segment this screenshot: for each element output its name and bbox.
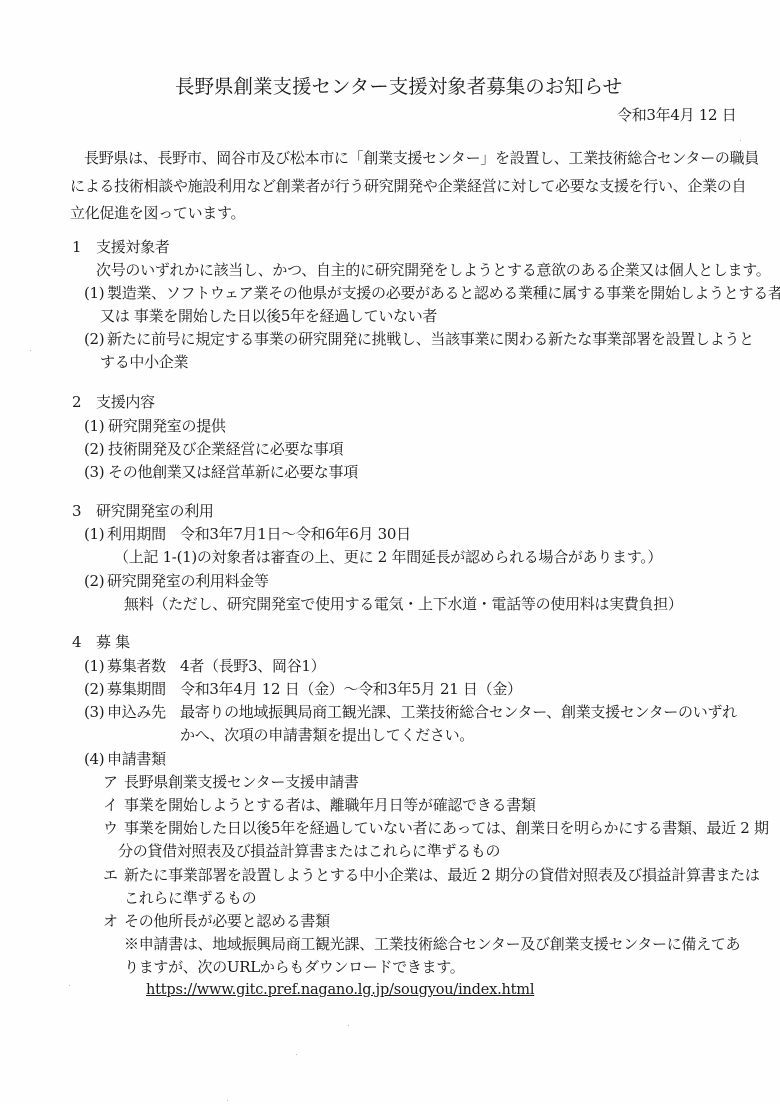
intro-line-2: による技術相談や施設利用など創業者が行う研究開発や企業経営に対して必要な支援を行… [70, 176, 746, 196]
subitem-e-line-2: これらに準ずるもの [124, 888, 256, 908]
section-1-heading: 支援対象者 [96, 237, 170, 257]
section-1-number: 1 [72, 237, 81, 257]
section-2-number: 2 [72, 392, 81, 412]
section-4-item-1-value: 4者（長野3、岡谷1） [180, 656, 325, 676]
scan-speck [227, 1100, 228, 1101]
section-4-item-3-line-1: 最寄りの地域振興局商工観光課、工業技術総合センター、創業支援センターのいずれ [180, 702, 737, 722]
notice-line-2: りますが、次のURLからもダウンロードできます。 [124, 957, 465, 977]
section-4-heading: 募 集 [96, 632, 130, 652]
section-1-item-2-line-1: 新たに前号に規定する事業の研究開発に挑戦し、当該事業に関わる新たな事業部署を設置… [107, 329, 754, 349]
scanned-document-page: 長野県創業支援センター支援対象者募集のお知らせ 令和3年4月 12 日 長野県は… [0, 0, 780, 1104]
section-4-item-3-line-2: かへ、次項の申請書類を提出してください。 [180, 725, 474, 745]
subitem-u-marker: ウ [103, 818, 118, 838]
scan-speck [30, 350, 31, 351]
subitem-i-marker: イ [103, 795, 118, 815]
intro-line-1: 長野県は、長野市、岡谷市及び松本市に「創業支援センター」を設置し、工業技術総合セ… [84, 148, 759, 168]
section-3-item-1-note: （上記 1-(1)の対象者は審査の上、更に 2 年間延長が認められる場合がありま… [114, 547, 662, 567]
section-3-heading: 研究開発室の利用 [96, 501, 214, 521]
subitem-o-marker: オ [103, 911, 118, 931]
section-4-item-3-label: 申込み先 [107, 702, 166, 722]
section-3-item-2-note: 無料（ただし、研究開発室で使用する電気・上下水道・電話等の使用料は実費負担） [124, 594, 683, 614]
document-title: 長野県創業支援センター支援対象者募集のお知らせ [175, 74, 622, 100]
section-4-item-2-label: 募集期間 [107, 679, 166, 699]
subitem-a-line-1: 長野県創業支援センター支援申請書 [124, 772, 359, 792]
section-4-number: 4 [72, 632, 81, 652]
document-date: 令和3年4月 12 日 [617, 105, 736, 125]
section-4-item-2-value: 令和3年4月 12 日（金）～令和3年5月 21 日（金） [180, 679, 522, 699]
section-2-item-2-marker: (2) [84, 439, 104, 459]
section-3-item-1-marker: (1) [84, 524, 104, 544]
section-3-item-2-label: 研究開発室の利用料金等 [107, 571, 269, 591]
subitem-e-line-1: 新たに事業部署を設置しようとする中小企業は、最近 2 期分の貸借対照表及び損益計… [124, 865, 760, 885]
subitem-o-line-1: その他所長が必要と認める書類 [124, 911, 330, 931]
section-1-item-1-line-2: 又は 事業を開始した日以後5年を経過していない者 [100, 306, 437, 326]
section-2-item-1-marker: (1) [84, 416, 104, 436]
notice-line-1: ※申請書は、地域振興局商工観光課、工業技術総合センター及び創業支援センターに備え… [124, 934, 740, 954]
section-3-item-1-label: 利用期間 [107, 524, 166, 544]
section-3-number: 3 [72, 501, 81, 521]
scan-speck [348, 1025, 349, 1026]
section-4-item-3-marker: (3) [84, 702, 104, 722]
scan-speck [740, 140, 741, 141]
scan-speck [296, 1054, 297, 1055]
download-url-link[interactable]: https://www.gitc.pref.nagano.lg.jp/sougy… [146, 980, 534, 1000]
section-4-item-2-marker: (2) [84, 679, 104, 699]
subitem-u-line-1: 事業を開始した日以後5年を経過していない者にあっては、創業日を明らかにする書類、… [124, 818, 769, 838]
section-4-item-4-label: 申請書類 [107, 749, 166, 769]
subitem-i-line-1: 事業を開始しようとする者は、離職年月日等が確認できる書類 [124, 795, 536, 815]
section-1-lead: 次号のいずれかに該当し、かつ、自主的に研究開発をしようとする意欲のある企業又は個… [96, 260, 770, 280]
intro-line-3: 立化促進を図っています。 [70, 203, 245, 223]
section-2-item-2-text: 技術開発及び企業経営に必要な事項 [108, 439, 343, 459]
section-3-item-2-marker: (2) [84, 571, 104, 591]
section-2-heading: 支援内容 [96, 392, 155, 412]
section-2-item-1-text: 研究開発室の提供 [108, 416, 226, 436]
section-2-item-3-marker: (3) [84, 462, 104, 482]
scan-speck [69, 985, 70, 986]
section-1-item-1-marker: (1) [84, 283, 104, 303]
section-3-item-1-value: 令和3年7月1日～令和6年6月 30日 [180, 524, 411, 544]
section-4-item-1-marker: (1) [84, 656, 104, 676]
subitem-a-marker: ア [103, 772, 118, 792]
section-1-item-2-line-2: する中小企業 [100, 352, 188, 372]
scan-speck [246, 983, 247, 984]
section-4-item-4-marker: (4) [84, 749, 104, 769]
section-1-item-2-marker: (2) [84, 329, 104, 349]
subitem-e-marker: エ [103, 865, 118, 885]
section-1-item-1-line-1: 製造業、ソフトウェア業その他県が支援の必要があると認める業種に属する事業を開始し… [107, 283, 780, 303]
section-4-item-1-label: 募集者数 [107, 656, 166, 676]
section-2-item-3-text: その他創業又は経営革新に必要な事項 [108, 462, 358, 482]
subitem-u-line-2: 分の貸借対照表及び損益計算書またはこれらに準ずるもの [118, 841, 500, 861]
